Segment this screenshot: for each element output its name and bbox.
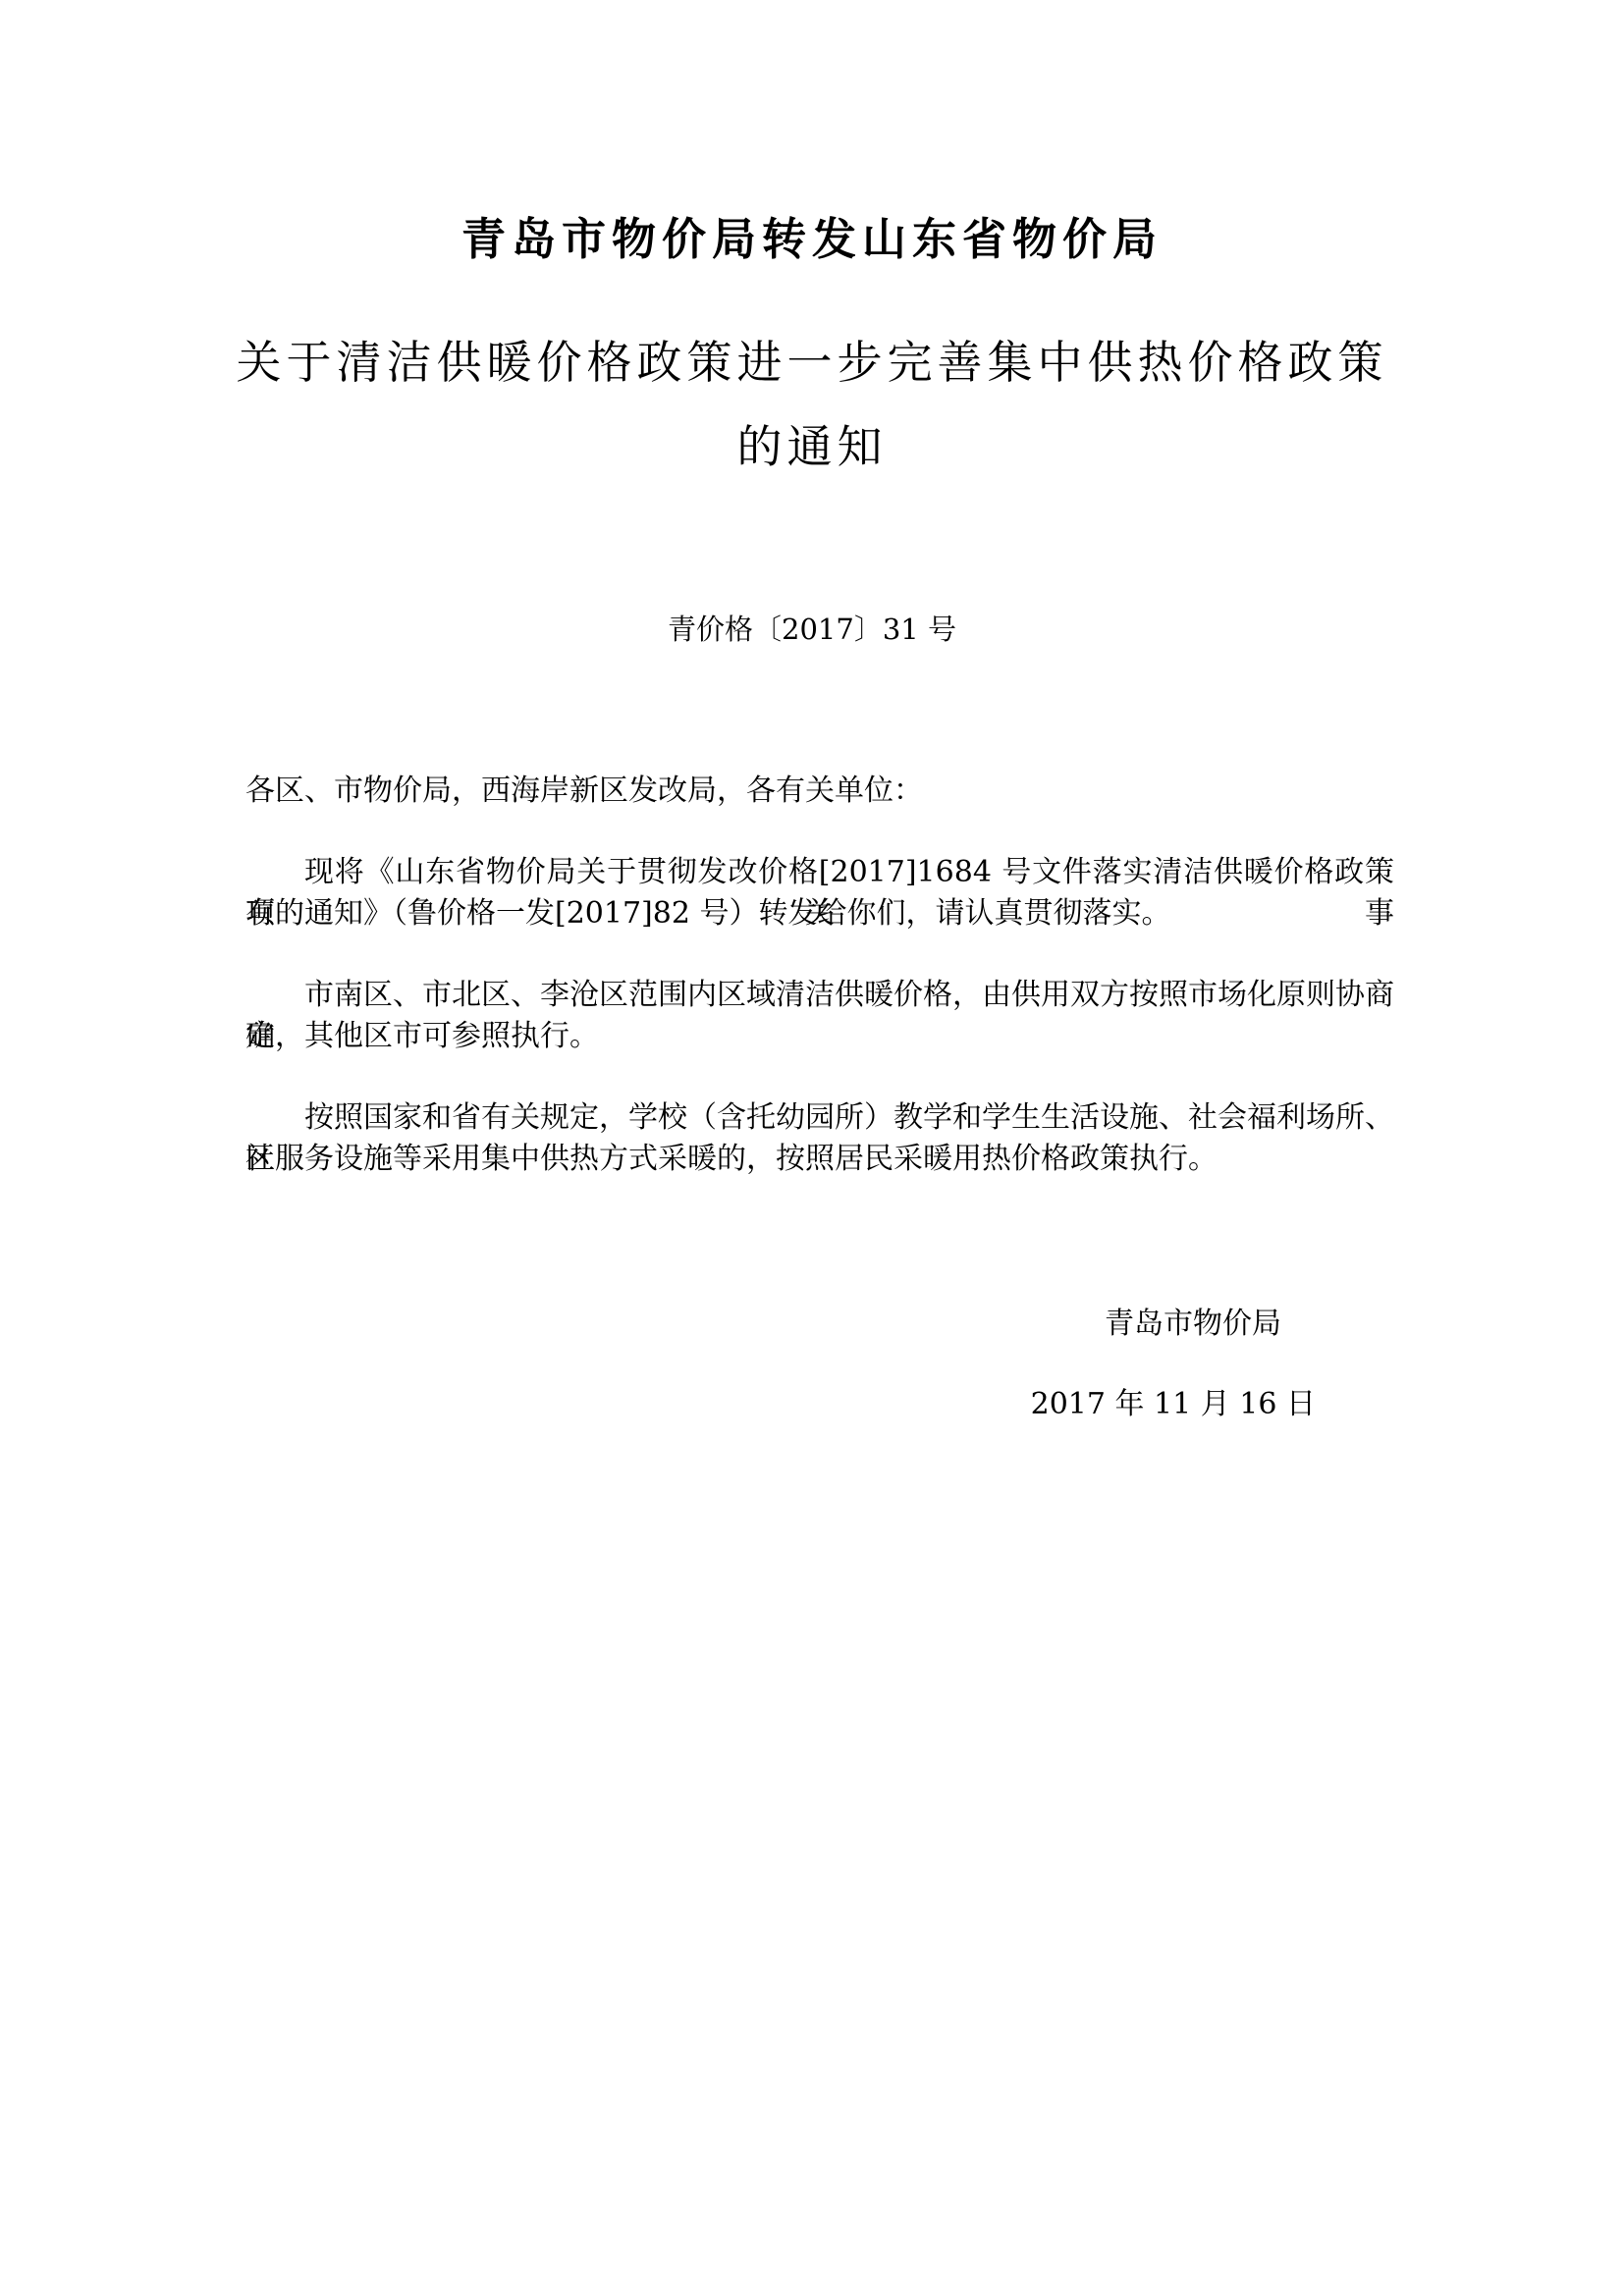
paragraph-1-line-1: 现将《山东省物价局关于贯彻发改价格[2017]1684 号文件落实清洁供暖价格政… [245, 852, 1394, 893]
paragraph-3-line-1: 按照国家和省有关规定，学校（含托幼园所）教学和学生生活设施、社会福利场所、社 [245, 1097, 1394, 1139]
document-page: 青岛市物价局转发山东省物价局 关于清洁供暖价格政策进一步完善集中供热价格政策 的… [0, 0, 1624, 2296]
document-title-line-1: 青岛市物价局转发山东省物价局 [0, 216, 1624, 262]
signature-date: 2017 年 11 月 16 日 [245, 1384, 1394, 1425]
document-title-line-2: 关于清洁供暖价格政策进一步完善集中供热价格政策 [0, 339, 1624, 386]
paragraph-3: 按照国家和省有关规定，学校（含托幼园所）教学和学生生活设施、社会福利场所、社 区… [245, 1097, 1394, 1180]
paragraph-1: 现将《山东省物价局关于贯彻发改价格[2017]1684 号文件落实清洁供暖价格政… [245, 852, 1394, 934]
document-title-line-3: 的通知 [0, 423, 1624, 470]
document-body: 各区、市物价局，西海岸新区发改局，各有关单位： 现将《山东省物价局关于贯彻发改价… [245, 771, 1394, 1180]
document-number: 青价格〔2017〕31 号 [0, 612, 1624, 647]
paragraph-2-line-2: 定，其他区市可参照执行。 [245, 1016, 1394, 1057]
paragraph-3-line-2: 区服务设施等采用集中供热方式采暖的，按照居民采暖用热价格政策执行。 [245, 1139, 1394, 1180]
signature-unit: 青岛市物价局 [245, 1304, 1394, 1345]
salutation: 各区、市物价局，西海岸新区发改局，各有关单位： [245, 771, 1394, 812]
signature-block: 青岛市物价局 2017 年 11 月 16 日 [245, 1304, 1394, 1425]
paragraph-2-line-1: 市南区、市北区、李沧区范围内区域清洁供暖价格，由供用双方按照市场化原则协商确 [245, 975, 1394, 1016]
paragraph-2: 市南区、市北区、李沧区范围内区域清洁供暖价格，由供用双方按照市场化原则协商确 定… [245, 975, 1394, 1057]
